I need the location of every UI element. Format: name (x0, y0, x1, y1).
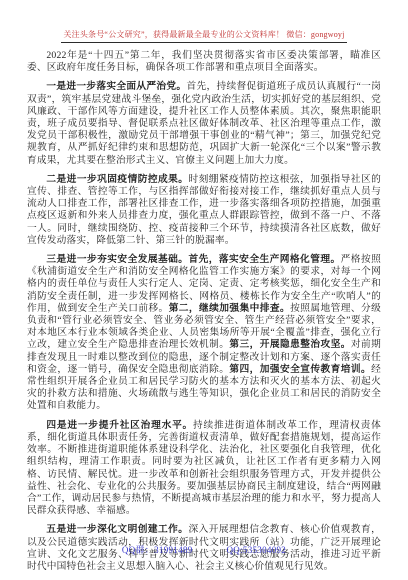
body-paragraph: 三是进一步夯实安全发展基础。首先，落实安全生产网格化管理。严格按照《秋浦街道安全… (27, 254, 381, 413)
text-run: 持续推进街道体制改革工作，理清权责体系，细化街道具体职责任务，完善街道权责清单，… (27, 420, 381, 516)
text-run: 首先，持续督促街道班子成员认真履行“一岗双责”，筑牢基层党建战斗堡垒，强化党内政… (27, 81, 381, 165)
body-paragraph: 2022年是“十四五”第二年，我们坚决贯彻落实省市区委决策部署，瞄准区委、区政府… (27, 50, 381, 74)
bold-run: 五是进一步深化文明创建工作。 (46, 524, 188, 535)
footer-qq-group: QQ群：31991489 (122, 545, 193, 555)
bold-run: 三是进一步夯实安全发展基础。首先，落实安全生产网格化管理。 (46, 254, 340, 265)
bold-run: 第四，加强安全宣传教育培训。 (229, 364, 371, 375)
header-notice: 关注头条号“公文研究”，获得最新最全最专业的公文资料库！ 微信：gongwoyj (61, 29, 346, 43)
bold-run: 第二，继续加强集中排查。 (169, 303, 290, 314)
footer-qq: QQ:535304092 (227, 545, 287, 555)
bold-run: 一是进一步落实全面从严治党。 (46, 81, 186, 92)
document-page: 关注头条号“公文研究”，获得最新最全最专业的公文资料库！ 微信：gongwoyj… (0, 0, 408, 580)
body-paragraph: 一是进一步落实全面从严治党。首先，持续督促街道班子成员认真履行“一岗双责”，筑牢… (27, 81, 381, 166)
bold-run: 四是进一步提升社区治理水平。 (46, 420, 193, 431)
footer: QQ群：31991489QQ:535304092 (0, 543, 408, 556)
bold-run: 二是进一步巩固疫情防控成果。 (46, 174, 188, 185)
body-paragraph: 四是进一步提升社区治理水平。持续推进街道体制改革工作，理清权责体系，细化街道具体… (27, 420, 381, 518)
text-run: 2022年是“十四五”第二年，我们坚决贯彻落实省市区委决策部署，瞄准区委、区政府… (27, 50, 381, 73)
header: 关注头条号“公文研究”，获得最新最全最专业的公文资料库！ 微信：gongwoyj (0, 24, 408, 43)
bold-run: 第三，开展隐患整治攻坚。 (229, 339, 350, 350)
body-paragraph: 二是进一步巩固疫情防控成果。时刻绷紧疫情防控这根弦，加强指导社区的宣传、排查、管… (27, 174, 381, 247)
document-body: 2022年是“十四五”第二年，我们坚决贯彻落实省市区委决策部署，瞄准区委、区政府… (27, 50, 381, 580)
